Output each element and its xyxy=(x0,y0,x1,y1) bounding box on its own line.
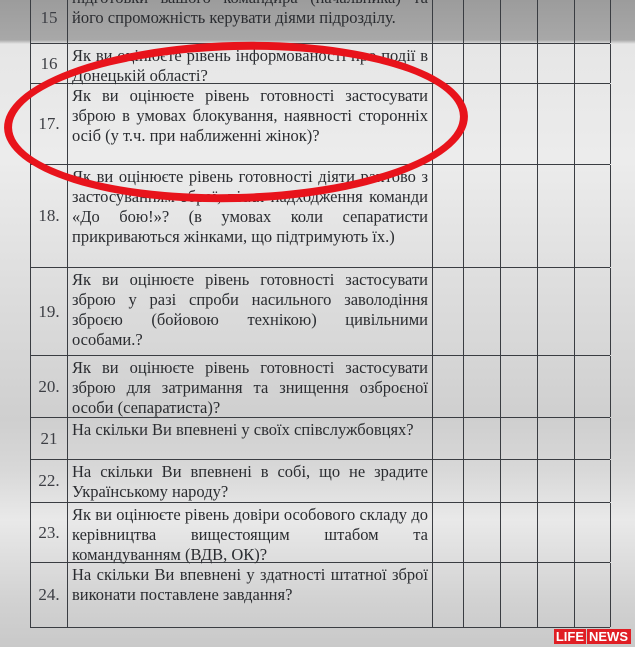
row-number: 19. xyxy=(30,268,68,355)
question-text: Як ви оцінюєте рівень готовності діяти р… xyxy=(72,167,428,247)
response-cell[interactable] xyxy=(537,418,538,459)
question-text: На скільки Ви впевнені у своїх співслужб… xyxy=(72,420,428,440)
response-cell[interactable] xyxy=(463,268,464,355)
response-cell[interactable] xyxy=(537,165,538,267)
response-cell[interactable] xyxy=(463,356,464,417)
response-cell[interactable] xyxy=(463,460,464,502)
questionnaire-sheet: 15підготовки вашого командира (начальник… xyxy=(0,0,635,647)
response-cell[interactable] xyxy=(574,356,575,417)
row-number: 15 xyxy=(30,0,68,43)
response-cell[interactable] xyxy=(574,84,575,164)
question-cell-border xyxy=(432,356,433,417)
question-cell-border xyxy=(432,503,433,562)
table-row: 18.Як ви оцінюєте рівень готовності діят… xyxy=(30,165,610,268)
response-cell[interactable] xyxy=(500,84,501,164)
response-cell[interactable] xyxy=(610,84,611,164)
row-number: 17. xyxy=(30,84,68,164)
response-cell[interactable] xyxy=(537,503,538,562)
table-row: 20.Як ви оцінюєте рівень готовності заст… xyxy=(30,356,610,418)
question-cell-border xyxy=(432,165,433,267)
response-cell[interactable] xyxy=(500,44,501,83)
row-number: 21 xyxy=(30,418,68,459)
table-row: 22.На скільки Ви впевнені в собі, що не … xyxy=(30,460,610,503)
response-cell[interactable] xyxy=(610,44,611,83)
table-row: 23.Як ви оцінюєте рівень довіри особовог… xyxy=(30,503,610,563)
response-cell[interactable] xyxy=(610,165,611,267)
response-cell[interactable] xyxy=(610,418,611,459)
response-cell[interactable] xyxy=(537,44,538,83)
table-row: 21На скільки Ви впевнені у своїх співслу… xyxy=(30,418,610,460)
response-cell[interactable] xyxy=(537,0,538,43)
response-cell[interactable] xyxy=(574,44,575,83)
response-cell[interactable] xyxy=(574,503,575,562)
response-cell[interactable] xyxy=(500,0,501,43)
question-cell-border xyxy=(432,563,433,627)
response-cell[interactable] xyxy=(537,84,538,164)
response-cell[interactable] xyxy=(500,460,501,502)
response-cell[interactable] xyxy=(537,563,538,627)
question-text: Як ви оцінюєте рівень готовності застосу… xyxy=(72,270,428,350)
lifenews-watermark: LIFE NEWS xyxy=(554,629,631,644)
table-row: 24.На скільки Ви впевнені у здатності шт… xyxy=(30,563,610,628)
table-row: 19.Як ви оцінюєте рівень готовності заст… xyxy=(30,268,610,356)
response-cell[interactable] xyxy=(574,460,575,502)
row-number: 16 xyxy=(30,44,68,83)
question-text: Як ви оцінюєте рівень інформованості про… xyxy=(72,46,428,86)
row-number: 18. xyxy=(30,165,68,267)
response-cell[interactable] xyxy=(463,418,464,459)
response-cell[interactable] xyxy=(463,84,464,164)
response-cell[interactable] xyxy=(500,356,501,417)
response-cell[interactable] xyxy=(500,165,501,267)
response-cell[interactable] xyxy=(500,418,501,459)
response-cell[interactable] xyxy=(463,503,464,562)
question-cell-border xyxy=(432,0,433,43)
response-cell[interactable] xyxy=(463,44,464,83)
watermark-news: NEWS xyxy=(587,629,631,644)
response-cell[interactable] xyxy=(574,0,575,43)
question-cell-border xyxy=(432,460,433,502)
question-cell-border xyxy=(432,84,433,164)
question-text: На скільки Ви впевнені в собі, що не зра… xyxy=(72,462,428,502)
table-row: 15підготовки вашого командира (начальник… xyxy=(30,0,610,44)
response-cell[interactable] xyxy=(610,268,611,355)
response-cell[interactable] xyxy=(574,418,575,459)
response-cell[interactable] xyxy=(574,165,575,267)
question-text: підготовки вашого командира (начальника)… xyxy=(72,0,428,28)
question-text: Як ви оцінюєте рівень готовності застосу… xyxy=(72,358,428,418)
response-cell[interactable] xyxy=(610,0,611,43)
row-number: 23. xyxy=(30,503,68,562)
response-cell[interactable] xyxy=(610,460,611,502)
table-row: 16Як ви оцінюєте рівень інформованості п… xyxy=(30,44,610,84)
response-cell[interactable] xyxy=(610,503,611,562)
response-cell[interactable] xyxy=(537,460,538,502)
question-text: Як ви оцінюєте рівень готовності застосу… xyxy=(72,86,428,146)
response-cell[interactable] xyxy=(500,503,501,562)
response-cell[interactable] xyxy=(610,356,611,417)
response-cell[interactable] xyxy=(463,165,464,267)
response-cell[interactable] xyxy=(574,268,575,355)
question-cell-border xyxy=(432,44,433,83)
response-cell[interactable] xyxy=(463,0,464,43)
row-number: 24. xyxy=(30,563,68,627)
watermark-life: LIFE xyxy=(554,629,586,644)
response-cell[interactable] xyxy=(537,356,538,417)
question-text: Як ви оцінюєте рівень довіри особового с… xyxy=(72,505,428,565)
question-cell-border xyxy=(432,268,433,355)
row-number: 20. xyxy=(30,356,68,417)
response-cell[interactable] xyxy=(537,268,538,355)
question-text: На скільки Ви впевнені у здатності штатн… xyxy=(72,565,428,605)
response-cell[interactable] xyxy=(610,563,611,627)
table-row: 17.Як ви оцінюєте рівень готовності заст… xyxy=(30,84,610,165)
row-number: 22. xyxy=(30,460,68,502)
response-cell[interactable] xyxy=(574,563,575,627)
question-cell-border xyxy=(432,418,433,459)
response-cell[interactable] xyxy=(500,563,501,627)
response-cell[interactable] xyxy=(500,268,501,355)
response-cell[interactable] xyxy=(463,563,464,627)
